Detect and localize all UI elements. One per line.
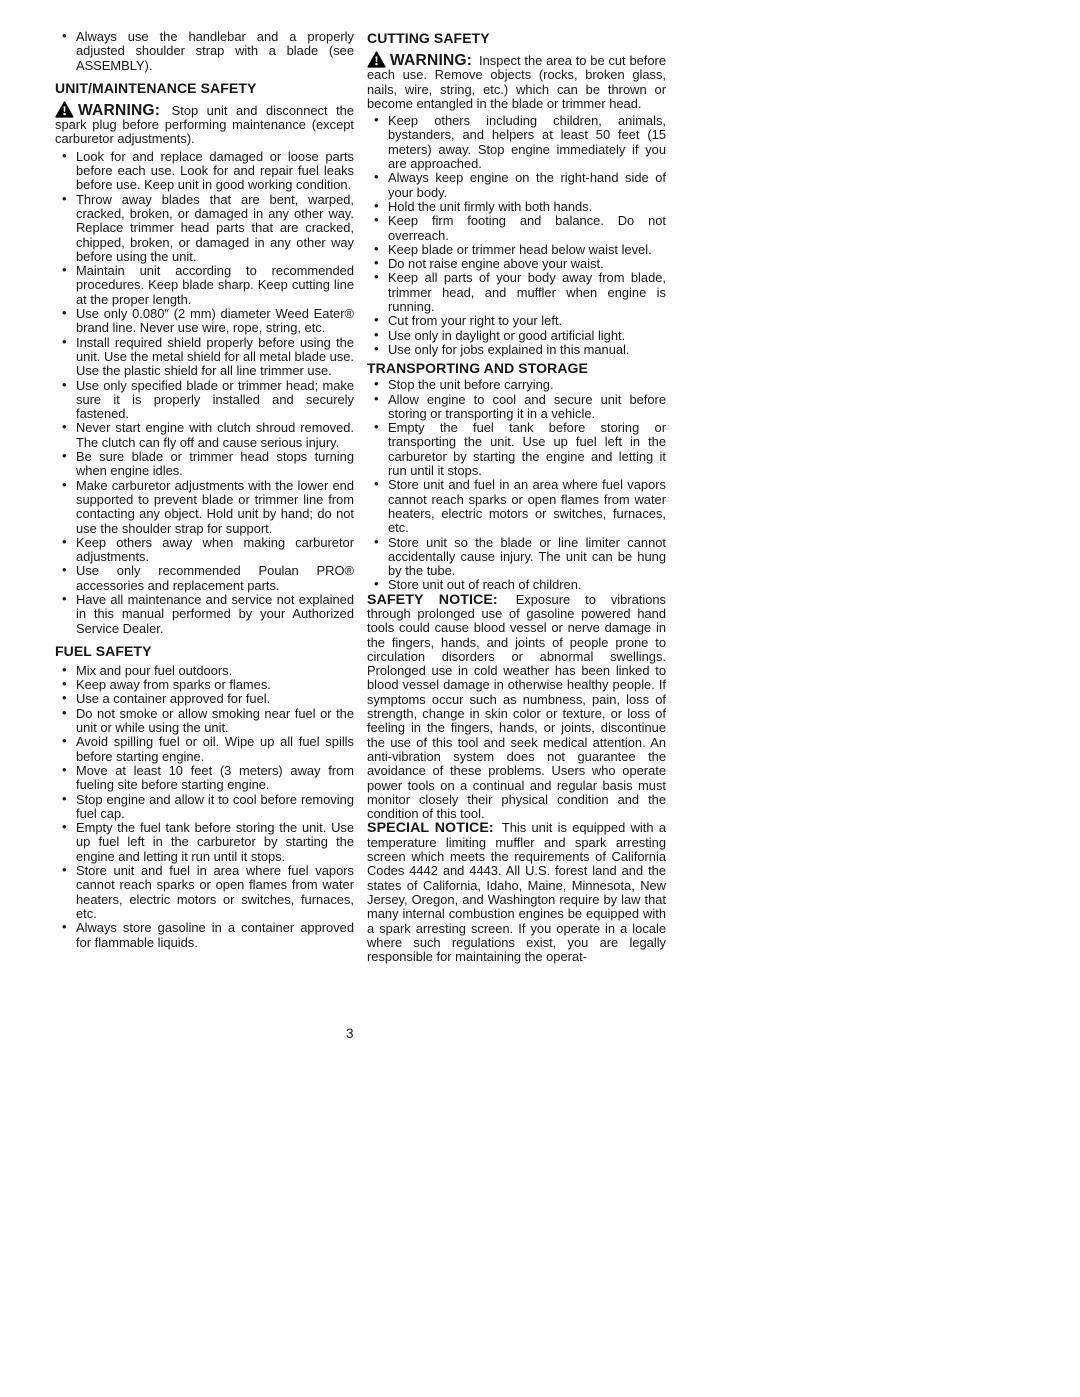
list-item-text: Make carburetor adjustments with the low… (76, 478, 354, 536)
list-item: • Use only in daylight or good artificia… (367, 329, 666, 343)
list-item-text: Keep blade or trimmer head below waist l… (388, 242, 652, 257)
bullet-marker: • (62, 563, 67, 577)
list-item-text: Store unit and fuel in area where fuel v… (76, 863, 354, 921)
bullet-marker: • (374, 313, 379, 327)
list-item: • Do not smoke or allow smoking near fue… (55, 707, 354, 736)
list-item-text: Keep firm footing and balance. Do not ov… (388, 213, 666, 242)
list-item-text: Use only in daylight or good artificial … (388, 328, 625, 343)
bullet-marker: • (62, 149, 67, 163)
bullet-marker: • (374, 377, 379, 391)
list-item-text: Avoid spilling fuel or oil. Wipe up all … (76, 734, 354, 763)
list-item-text: Always use the handlebar and a properly … (76, 29, 354, 73)
list-item: • Use only specified blade or trimmer he… (55, 379, 354, 422)
list-item-text: Use only specified blade or trimmer head… (76, 378, 354, 422)
list-item-text: Have all maintenance and service not exp… (76, 592, 354, 636)
list-item: • Store unit and fuel in area where fuel… (55, 864, 354, 921)
list-item: • Keep firm footing and balance. Do not … (367, 214, 666, 243)
list-item: • Throw away blades that are bent, warpe… (55, 193, 354, 264)
bullet-marker: • (62, 663, 67, 677)
bullet-marker: • (374, 477, 379, 491)
list-item: • Look for and replace damaged or loose … (55, 150, 354, 193)
list-item-text: Store unit and fuel in an area where fue… (388, 477, 666, 535)
heading-cutting-safety: CUTTING SAFETY (367, 30, 666, 46)
list-item-text: Cut from your right to your left. (388, 313, 562, 328)
bullet-marker: • (62, 449, 67, 463)
column-left: • Always use the handlebar and a properl… (55, 30, 354, 964)
list-item: • Store unit and fuel in an area where f… (367, 478, 666, 535)
bullet-marker: • (62, 378, 67, 392)
list-item-text: Mix and pour fuel outdoors. (76, 663, 232, 678)
list-item-text: Install required shield properly before … (76, 335, 354, 379)
bullet-marker: • (62, 335, 67, 349)
list-item-text: Throw away blades that are bent, warped,… (76, 192, 354, 264)
heading-transporting-storage: TRANSPORTING AND STORAGE (367, 360, 666, 376)
page-content: • Always use the handlebar and a properl… (55, 30, 667, 964)
list-item: • Empty the fuel tank before storing the… (55, 821, 354, 864)
bullet-marker: • (374, 170, 379, 184)
bullet-marker: • (374, 577, 379, 591)
list-item: • Use only for jobs explained in this ma… (367, 343, 666, 357)
bullet-marker: • (62, 691, 67, 705)
bullet-marker: • (374, 213, 379, 227)
bullet-marker: • (62, 820, 67, 834)
list-item-text: Keep all parts of your body away from bl… (388, 270, 666, 314)
bullet-marker: • (374, 420, 379, 434)
special-notice-text: This unit is equipped with a temperature… (367, 820, 666, 964)
safety-notice: SAFETY NOTICE: Exposure to vibrations th… (367, 593, 666, 822)
manual-page: • Always use the handlebar and a properl… (0, 0, 1080, 1397)
list-item: • Mix and pour fuel outdoors. (55, 664, 354, 678)
bullet-marker: • (62, 535, 67, 549)
list-item-text: Stop the unit before carrying. (388, 377, 554, 392)
bullet-marker: • (62, 734, 67, 748)
safety-notice-text: Exposure to vibrations through prolonged… (367, 592, 666, 821)
list-item-text: Always store gasoline in a container app… (76, 920, 354, 949)
list-item: • Hold the unit firmly with both hands. (367, 200, 666, 214)
bullet-marker: • (374, 256, 379, 270)
list-item: • Keep away from sparks or flames. (55, 678, 354, 692)
bullet-marker: • (62, 763, 67, 777)
list-item-text: Always keep engine on the right-hand sid… (388, 170, 666, 199)
heading-unit-maintenance-safety: UNIT/MAINTENANCE SAFETY (55, 80, 354, 96)
bullet-marker: • (374, 535, 379, 549)
list-item: • Install required shield properly befor… (55, 336, 354, 379)
list-item: • Do not raise engine above your waist. (367, 257, 666, 271)
list-item: • Never start engine with clutch shroud … (55, 421, 354, 450)
list-item: • Use only 0.080″ (2 mm) diameter Weed E… (55, 307, 354, 336)
list-item-text: Empty the fuel tank before storing the u… (76, 820, 354, 864)
list-item-text: Allow engine to cool and secure unit bef… (388, 392, 666, 421)
list-item: • Use only recommended Poulan PRO® acces… (55, 564, 354, 593)
list-item-text: Store unit out of reach of children. (388, 577, 581, 592)
list-item: • Empty the fuel tank before storing or … (367, 421, 666, 478)
list-item: • Allow engine to cool and secure unit b… (367, 393, 666, 422)
bullet-marker: • (62, 192, 67, 206)
bullet-marker: • (374, 328, 379, 342)
list-item: • Avoid spilling fuel or oil. Wipe up al… (55, 735, 354, 764)
list-item-text: Keep away from sparks or flames. (76, 677, 271, 692)
list-item: • Keep others including children, animal… (367, 114, 666, 171)
bullet-marker: • (62, 592, 67, 606)
heading-fuel-safety: FUEL SAFETY (55, 643, 354, 659)
list-item: • Maintain unit according to recommended… (55, 264, 354, 307)
list-item-text: Use only for jobs explained in this manu… (388, 342, 629, 357)
bullet-marker: • (62, 263, 67, 277)
list-item-text: Keep others including children, animals,… (388, 113, 666, 171)
intro-bullet-list: • Always use the handlebar and a properl… (55, 30, 354, 73)
list-item: • Store unit so the blade or line limite… (367, 536, 666, 579)
bullet-marker: • (374, 342, 379, 356)
list-item-text: Hold the unit firmly with both hands. (388, 199, 592, 214)
bullet-marker: • (62, 420, 67, 434)
list-item-text: Never start engine with clutch shroud re… (76, 420, 354, 449)
list-item-text: Do not smoke or allow smoking near fuel … (76, 706, 354, 735)
bullet-marker: • (374, 199, 379, 213)
warning-triangle-icon (55, 101, 78, 118)
cutting-safety-bullet-list: • Keep others including children, animal… (367, 114, 666, 357)
list-item: • Always store gasoline in a container a… (55, 921, 354, 950)
bullet-marker: • (62, 792, 67, 806)
bullet-marker: • (374, 270, 379, 284)
list-item: • Stop engine and allow it to cool befor… (55, 793, 354, 822)
list-item-text: Stop engine and allow it to cool before … (76, 792, 354, 821)
warning-block-cutting: WARNING: Inspect the area to be cut befo… (367, 51, 666, 111)
warning-triangle-icon (367, 51, 390, 68)
transporting-storage-bullet-list: • Stop the unit before carrying. • Allow… (367, 378, 666, 592)
list-item: • Store unit out of reach of children. (367, 578, 666, 592)
list-item: • Make carburetor adjustments with the l… (55, 479, 354, 536)
list-item-text: Use only 0.080″ (2 mm) diameter Weed Eat… (76, 306, 354, 335)
list-item-text: Do not raise engine above your waist. (388, 256, 604, 271)
list-item: • Be sure blade or trimmer head stops tu… (55, 450, 354, 479)
bullet-marker: • (62, 29, 67, 43)
list-item-text: Use only recommended Poulan PRO® accesso… (76, 563, 354, 592)
bullet-marker: • (374, 242, 379, 256)
page-number: 3 (346, 1026, 354, 1041)
list-item-text: Move at least 10 feet (3 meters) away fr… (76, 763, 354, 792)
fuel-safety-bullet-list: • Mix and pour fuel outdoors. • Keep awa… (55, 664, 354, 950)
bullet-marker: • (62, 677, 67, 691)
list-item: • Use a container approved for fuel. (55, 692, 354, 706)
bullet-marker: • (374, 392, 379, 406)
bullet-marker: • (62, 706, 67, 720)
list-item-text: Use a container approved for fuel. (76, 691, 270, 706)
list-item: • Always keep engine on the right-hand s… (367, 171, 666, 200)
list-item: • Always use the handlebar and a properl… (55, 30, 354, 73)
list-item-text: Look for and replace damaged or loose pa… (76, 149, 354, 193)
list-item: • Keep all parts of your body away from … (367, 271, 666, 314)
bullet-marker: • (62, 863, 67, 877)
list-item: • Keep blade or trimmer head below waist… (367, 243, 666, 257)
bullet-marker: • (62, 920, 67, 934)
list-item-text: Keep others away when making carburetor … (76, 535, 354, 564)
list-item: • Have all maintenance and service not e… (55, 593, 354, 636)
list-item: • Keep others away when making carbureto… (55, 536, 354, 565)
list-item: • Cut from your right to your left. (367, 314, 666, 328)
bullet-marker: • (62, 478, 67, 492)
list-item: • Stop the unit before carrying. (367, 378, 666, 392)
column-right: CUTTING SAFETY WARNING: Inspect the area… (367, 30, 666, 964)
list-item-text: Be sure blade or trimmer head stops turn… (76, 449, 354, 478)
list-item-text: Store unit so the blade or line limiter … (388, 535, 666, 579)
bullet-marker: • (374, 113, 379, 127)
special-notice: SPECIAL NOTICE: This unit is equipped wi… (367, 821, 666, 964)
list-item-text: Maintain unit according to recommended p… (76, 263, 354, 307)
warning-block-unit-maintenance: WARNING: Stop unit and disconnect the sp… (55, 101, 354, 147)
unit-maintenance-bullet-list: • Look for and replace damaged or loose … (55, 150, 354, 636)
list-item-text: Empty the fuel tank before storing or tr… (388, 420, 666, 478)
list-item: • Move at least 10 feet (3 meters) away … (55, 764, 354, 793)
bullet-marker: • (62, 306, 67, 320)
